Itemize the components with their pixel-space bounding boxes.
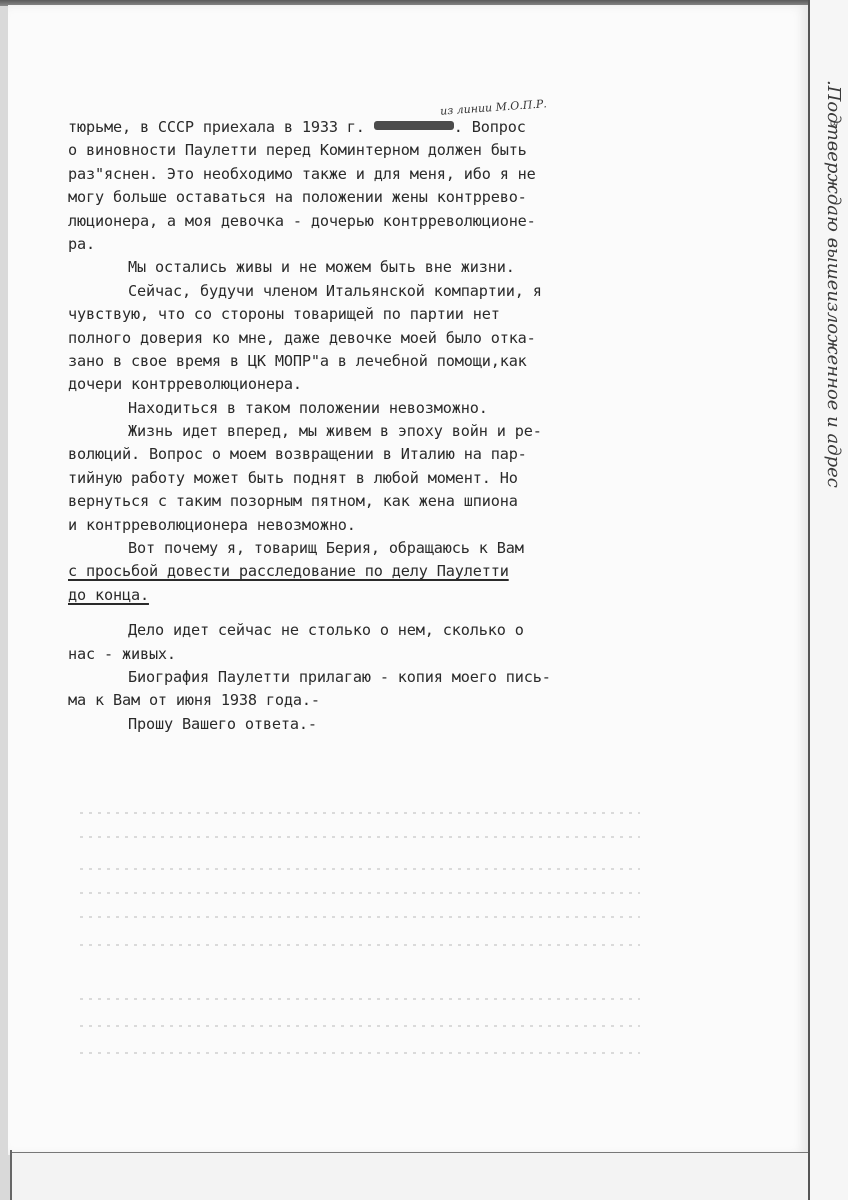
text-line: Вот почему я, товарищ Берия, обращаюсь к… — [68, 537, 668, 560]
handwritten-margin-note: Подтверждаю вышеизложенное и адрес. — [814, 80, 844, 680]
text-line: волюций. Вопрос о моем возвращении в Ита… — [68, 443, 668, 466]
underlined-request-line: с просьбой довести расследование по делу… — [68, 560, 668, 583]
bleed-through-line — [80, 916, 640, 918]
text-line: Мы остались живы и не можем быть вне жиз… — [68, 256, 668, 279]
text-line: ра. — [68, 233, 668, 256]
text-line: Сейчас, будучи членом Итальянской компар… — [68, 280, 668, 303]
text-line: люционера, а моя девочка - дочерью контр… — [68, 210, 668, 233]
redacted-word — [374, 121, 454, 130]
text-line: вернуться с таким позорным пятном, как ж… — [68, 490, 668, 513]
text-line: дочери контрреволюционера. — [68, 373, 668, 396]
paragraph-gap — [68, 607, 668, 619]
bleed-through-line — [80, 868, 640, 870]
bleed-through-line — [80, 1052, 640, 1054]
underlying-page — [12, 1152, 824, 1200]
text-line: тюрьме, в СССР приехала в 1933 г. . Вопр… — [68, 116, 668, 139]
letter-body: тюрьме, в СССР приехала в 1933 г. . Вопр… — [68, 116, 668, 736]
bleed-through-line — [80, 892, 640, 894]
text-line: Прошу Вашего ответа.- — [68, 713, 668, 736]
text-line: зано в свое время в ЦК МОПР"а в лечебной… — [68, 350, 668, 373]
text-line: Жизнь идет вперед, мы живем в эпоху войн… — [68, 420, 668, 443]
bleed-through-line — [80, 836, 640, 838]
text-line: о виновности Паулетти перед Коминтерном … — [68, 139, 668, 162]
text-line: Дело идет сейчас не столько о нем, сколь… — [68, 619, 668, 642]
text-line: могу больше оставаться на положении жены… — [68, 186, 668, 209]
text-line: тийную работу может быть поднят в любой … — [68, 467, 668, 490]
text-line: полного доверия ко мне, даже девочке мое… — [68, 327, 668, 350]
text-line: ма к Вам от июня 1938 года.- — [68, 689, 668, 712]
text-line: раз"яснен. Это необходимо также и для ме… — [68, 163, 668, 186]
text-line: и контрреволюционера невозможно. — [68, 514, 668, 537]
underlined-request-line: до конца. — [68, 584, 668, 607]
bleed-through-line — [80, 998, 640, 1000]
bleed-through-line — [80, 1025, 640, 1027]
text-line: нас - живых. — [68, 643, 668, 666]
bleed-through-line — [80, 812, 640, 814]
text-line: Находиться в таком положении невозможно. — [68, 397, 668, 420]
text-line: Биография Паулетти прилагаю - копия моег… — [68, 666, 668, 689]
page-number: 3 — [828, 120, 839, 126]
page-edge — [10, 1150, 12, 1200]
text-line: чувствую, что со стороны товарищей по па… — [68, 303, 668, 326]
bleed-through-line — [80, 944, 640, 946]
